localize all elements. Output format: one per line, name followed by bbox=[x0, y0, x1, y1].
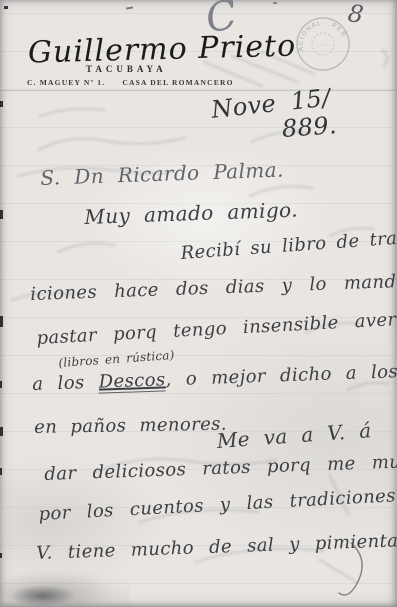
salutation-line: Muy amado amigo. bbox=[84, 198, 298, 229]
scanned-letter-page: Guillermo Prieto TACUBAYA C. MAGUEY Nº 1… bbox=[0, 0, 397, 607]
edge-mark bbox=[0, 427, 3, 436]
body-line-5b: Me va a V. á bbox=[216, 418, 372, 453]
edge-mark bbox=[0, 316, 3, 327]
edge-mark bbox=[4, 6, 8, 9]
recipient-line: S. Dn Ricardo Palma. bbox=[40, 158, 284, 190]
edge-mark bbox=[126, 7, 133, 10]
letterhead-address-left: C. MAGUEY Nº 1. bbox=[27, 78, 105, 87]
edge-mark bbox=[0, 101, 3, 107]
body-line-8: V. tiene mucho de sal y pimienta bbox=[36, 530, 397, 564]
body-line-6: dar deliciosos ratos porq me muero bbox=[44, 450, 397, 485]
body-line-4-post: , o mejor dicho a los libros bbox=[165, 359, 397, 390]
interlinear-note: (libros en rústica) bbox=[58, 348, 175, 370]
body-line-5: en paños menores. bbox=[34, 414, 227, 438]
edge-mark bbox=[273, 2, 277, 4]
body-line-1: Recibí su libro de trad- bbox=[180, 227, 397, 264]
stamp-center-marks: ···· bbox=[319, 41, 329, 50]
body-line-3: pastar porq tengo insensible aversión bbox=[36, 307, 397, 349]
letterhead-address: C. MAGUEY Nº 1. CASA DEL ROMANCERO bbox=[27, 78, 234, 87]
date-line-2: 889. bbox=[281, 111, 338, 143]
underlined-word: Descos bbox=[98, 369, 166, 393]
edge-mark bbox=[0, 468, 2, 475]
body-line-7: por los cuentos y las tradiciones y bbox=[38, 484, 397, 525]
svg-text:NACIONAL · PERU: NACIONAL · PERU bbox=[286, 7, 348, 54]
page-number: 8 bbox=[346, 0, 365, 29]
letterhead-rule-line bbox=[0, 90, 397, 91]
edge-mark bbox=[0, 381, 2, 388]
edge-mark bbox=[0, 210, 3, 219]
body-line-4-pre: a los bbox=[32, 372, 99, 395]
letterhead-address-right: CASA DEL ROMANCERO bbox=[122, 78, 233, 87]
edge-mark bbox=[0, 553, 2, 558]
stamp-ring-text: NACIONAL · PERU bbox=[286, 7, 348, 54]
body-line-2: iciones hace dos dias y lo mande em- bbox=[30, 269, 397, 305]
letterhead-city: TACUBAYA bbox=[86, 64, 167, 74]
